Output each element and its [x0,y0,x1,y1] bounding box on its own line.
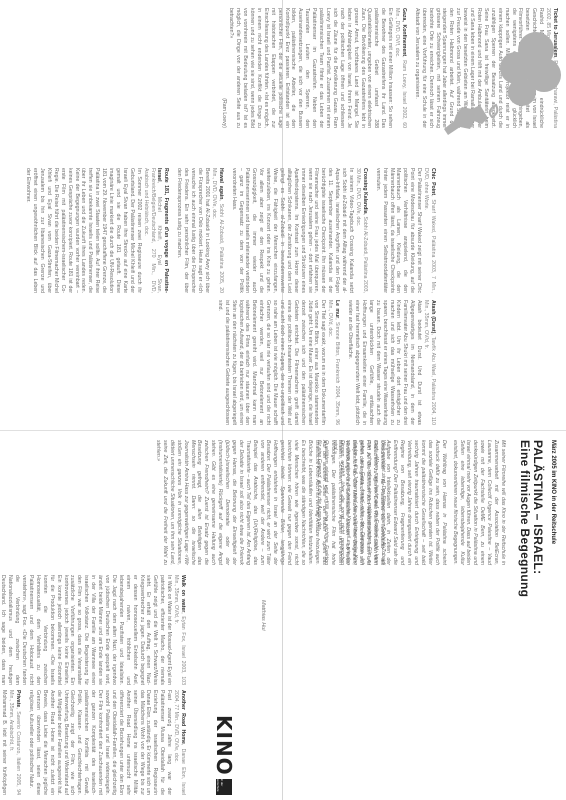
header-kicker: März 2005 im KINO in der Reitschule [550,440,556,544]
film-entry-crossing-kalandia: Crossing Kalandia, Sobhi Al-Zobaidi, Pal… [230,168,368,293]
film-description: In Walk on Water ist der Mossad-Agent Ey… [0,575,172,685]
film-entry-private: Private, Saverio Costanzo, Italien 2005,… [0,690,21,795]
intro-paragraph-4: Auf der anderen Seite – der Mauer – spie… [154,440,327,565]
fold-line-vertical [0,430,566,431]
quote-author: (Ram Loevy) [221,8,228,128]
fold-line-horizontal [282,0,283,800]
film-title: Crossing Kalandia [362,168,368,214]
kino-logo: KINO in der reitschule [212,715,236,795]
film-entry-gaza: Gaza, Konfinement, Ram Loevy, Israel 200… [221,8,407,128]
intro-paragraph-1: Mit seiner Filmreihe will das Kino in de… [451,440,506,565]
column-lower-2: Another Road Home, Danae Elon, Israel 20… [0,690,186,795]
intro-column-2: Welt gerichtet sind. Der Filmemacher Sob… [150,440,386,565]
film-meta: Michel Khleifi, Eyal Sivan, Frankreich/B… [143,168,163,293]
column-3: Atash (Durst), Tawfik Abu Wael, Palästin… [210,300,436,425]
film-entry-walk-on-water: Walk on water, Eytan Fox, Israel 2003, 1… [0,575,186,685]
author-signature: Matthias Hui [260,600,266,631]
column-2: Chic Point, Sharif Waked, Palästina 2003… [18,168,436,293]
film-title: Another Road Home [180,690,186,744]
column-lower-1: Walk on water, Eytan Fox, Israel 2003, 1… [0,575,186,685]
balloon-girl-illustration [426,20,566,150]
newsletter-page: Ticket to Jerusalem, Rashid Masharawi, P… [0,0,566,800]
film-entry-hawal-again: Hawal again, Sobhi Al-Zobaidi, Palästina… [175,168,223,293]
intro-paragraph-3: Welt gerichtet sind. Der Filmemacher Sob… [331,440,386,565]
film-title: Hawal again [218,168,224,199]
film-entry-chic-point: Chic Point, Sharif Waked, Palästina 2003… [374,168,436,293]
film-description: Ein Gefängnis mit einer Million Insassen… [227,8,393,128]
film-description: Im Sommer 2002 reisen zwei Regisseure du… [24,168,141,293]
film-description: Atash bedeutet Durst. Und Durst ist etwa… [346,300,422,425]
film-description: Der Palästinenser Sharif Waked zeigt mit… [374,168,422,293]
film-meta: Simone Bitton, Frankreich 2004, 35mm, 96… [327,300,340,425]
film-title: Walk on water [180,575,186,612]
headline-line-2: Eine filmische Begegnung [518,440,531,597]
film-description: Mohammad B. lebt mit seiner fünfköpfigen… [0,690,7,795]
kino-logo-box: in der reitschule [216,779,232,795]
film-entry-le-mur: Le mur, Simone Bitton, Frankreich 2004, … [216,300,340,425]
film-entry-another-road-home: Another Road Home, Danae Elon, Israel 20… [27,690,186,795]
film-title: Private [15,690,21,707]
film-entry-route-181: Route 181, Fragments d'un voyage en Pale… [24,168,169,293]
film-description: Fast zwanzig Jahre lang war der Palästin… [27,690,172,795]
film-entry-atash: Atash (Durst), Tawfik Abu Wael, Palästin… [346,300,436,425]
film-title: Le mur [334,300,340,318]
page-headline: PALÄSTINA – ISRAEL: Eine filmische Begeg… [518,440,544,597]
film-title: Chic Point [430,168,436,195]
film-title: Gaza, Konfinement [401,8,407,56]
film-description: In seinem Video-Tagebuch Crossing Kaland… [230,168,354,293]
kino-logo-text: KINO [212,715,236,776]
film-title: Atash (Durst) [430,300,436,333]
film-description: Bereits 2001 hat Al-Zobaidi in Looking A… [175,168,210,293]
headline-line-1: PALÄSTINA – ISRAEL: [531,440,544,597]
film-description: Der Titel sagt exakt, worum es in dem Do… [216,300,327,425]
